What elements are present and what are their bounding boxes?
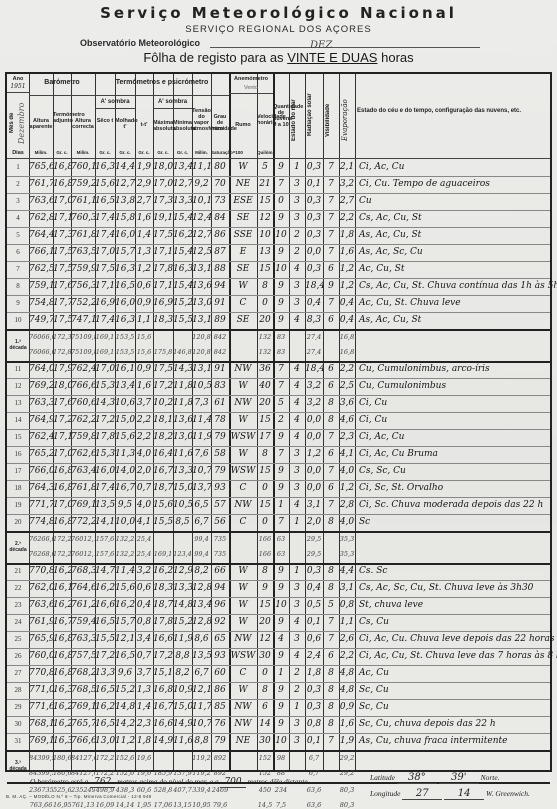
summary-baro-corr: 75109,8	[71, 345, 95, 360]
cell-sea: 4	[289, 430, 305, 445]
cell-wet: 16,3	[115, 262, 135, 277]
cell-dry: 15,3	[95, 447, 115, 462]
cell-spd: 0	[257, 481, 273, 496]
cell-dir: SE	[229, 211, 257, 226]
cell-wet: 15,7	[115, 615, 135, 630]
cell-vapor: 6,7	[192, 666, 211, 681]
table-row: 19771,7017,0769,1513,59,54,015,610,56,55…	[7, 497, 550, 514]
cell-wet: 13,8	[115, 194, 135, 209]
cell-hum: 76	[211, 717, 229, 732]
header-divider	[29, 95, 229, 96]
baro-prefix: O barómetro está a	[30, 777, 88, 786]
day-number: 31	[7, 734, 29, 749]
cell-baro-corr: 759,86	[71, 430, 95, 445]
form-model-number: B. M. AÇ. – MODÊLO N.º 8 – Tip. Minerva …	[6, 794, 151, 799]
cell-dry: 13,3	[95, 666, 115, 681]
summary-max	[153, 532, 173, 547]
cell-vapor: 7,6	[192, 447, 211, 462]
cell-baro-corr: 772,26	[71, 515, 95, 530]
register-heading: Fôlha de registo para as VINTE E DUAS ho…	[0, 50, 557, 65]
cell-hum: 60	[211, 666, 229, 681]
cell-spd: 13	[257, 245, 273, 260]
summary-cloud: 83	[273, 345, 289, 360]
summary-cloud: 83	[273, 330, 289, 345]
cell-diff: 4,0	[135, 498, 153, 513]
cell-wet: 16,3	[115, 313, 135, 328]
cell-sea: 3	[289, 296, 305, 311]
cell-dry: 17,8	[95, 430, 115, 445]
speed-header: Velocidade horária	[257, 114, 273, 126]
summary-baro-corr: 76012,1	[71, 547, 95, 562]
day-number: 22	[7, 581, 29, 596]
cell-evap: 4,1	[339, 447, 355, 462]
cell-dir: NW	[229, 498, 257, 513]
cell-diff: 3,7	[135, 396, 153, 411]
summary-dry: 172,2	[95, 751, 115, 766]
cell-baro-app: 765,90	[29, 632, 53, 647]
cell-min: 15,0	[173, 481, 192, 496]
cell-wet: 13,4	[115, 379, 135, 394]
cell-vapor: 11,4	[192, 413, 211, 428]
summary-block: 1.ª década76066,0172,375109,8169,1153,51…	[7, 329, 550, 361]
cell-min: 15,4	[173, 279, 192, 294]
cell-baro-t: 18,0	[53, 379, 71, 394]
cell-sea: 2	[289, 683, 305, 698]
cell-diff: 2,9	[135, 177, 153, 192]
cell-sea: 1	[289, 700, 305, 715]
summary-baro-t: 180,6	[53, 751, 71, 766]
cell-dry: 17,2	[95, 649, 115, 664]
summary-wet: 14,14	[115, 798, 135, 809]
cell-spd: 8	[257, 279, 273, 294]
cell-hum: 93	[211, 649, 229, 664]
cell-solar: 0,1	[305, 177, 323, 192]
cell-dir: NW	[229, 717, 257, 732]
latitude-minutes: 39'	[439, 772, 479, 784]
table-row: 2761,7016,8759,2015,612,72,917,012,79,27…	[7, 176, 550, 193]
summary-baro-t: 172,2	[53, 547, 71, 562]
table-row: 28771,0016,3768,5316,515,21,316,810,912,…	[7, 682, 550, 699]
cell-cloud: 2	[273, 413, 289, 428]
cell-vapor: 9,2	[192, 177, 211, 192]
unit-label: Gr. c.	[95, 150, 115, 156]
cell-max: 17,1	[153, 279, 173, 294]
summary-spd: 14,5	[257, 798, 273, 809]
cell-remark: As, Ac, Cu, St	[359, 228, 549, 243]
cell-baro-app: 771,60	[29, 700, 53, 715]
summary-hum: 842	[211, 345, 229, 360]
cell-evap: 4,4	[339, 564, 355, 579]
cell-dir: W	[229, 683, 257, 698]
cell-baro-app: 771,70	[29, 498, 53, 513]
table-row: 12769,2318,0766,6315,313,41,617,211,810,…	[7, 378, 550, 395]
cell-baro-t: 17,5	[53, 313, 71, 328]
cell-diff: 0,7	[135, 649, 153, 664]
cell-max: 17,8	[153, 615, 173, 630]
cell-max: 16,2	[153, 564, 173, 579]
cell-cloud: 9	[273, 581, 289, 596]
unit-label: Saturação=100	[211, 150, 229, 156]
baro-apparent-header: Altura aparente	[29, 118, 53, 130]
cell-vapor: 10,7	[192, 717, 211, 732]
summary-vapor: 99,4	[192, 547, 211, 562]
cell-vis: 8	[323, 717, 339, 732]
cell-baro-app: 764,90	[29, 413, 53, 428]
cell-diff: 1,9	[135, 160, 153, 175]
cell-baro-corr: 760,13	[71, 160, 95, 175]
cell-wet: 10,0	[115, 515, 135, 530]
cell-hum: 78	[211, 413, 229, 428]
cell-vapor: 12,8	[192, 581, 211, 596]
cell-cloud: 10	[273, 598, 289, 613]
table-row: 9754,8017,7752,2116,916,00,916,915,213,0…	[7, 295, 550, 312]
day-number: 18	[7, 481, 29, 496]
cell-min: 11,8	[173, 379, 192, 394]
cell-min: 12,7	[173, 177, 192, 192]
cell-diff: 1,2	[135, 262, 153, 277]
cell-min: 10,5	[173, 498, 192, 513]
cell-baro-app: 761,90	[29, 615, 53, 630]
cell-vis: 8	[323, 413, 339, 428]
cell-cloud: 9	[273, 430, 289, 445]
cell-remark: Cs, Sc, Cu	[359, 464, 549, 479]
cell-solar: 0,3	[305, 194, 323, 209]
cell-dry: 14,1	[95, 515, 115, 530]
cell-remark: Sc, Cu	[359, 700, 549, 715]
unit-label: Milím.	[71, 150, 95, 156]
cell-evap: 1,8	[339, 228, 355, 243]
cell-solar: 18,4	[305, 279, 323, 294]
cell-hum: 85	[211, 700, 229, 715]
cell-cloud: 7	[273, 379, 289, 394]
cell-baro-app: 762,85	[29, 211, 53, 226]
cell-remark: Ci, Cu	[359, 413, 549, 428]
cell-cloud: 10	[273, 228, 289, 243]
cell-hum: 70	[211, 177, 229, 192]
cell-sea: 3	[289, 211, 305, 226]
summary-diff: 19,6	[135, 751, 153, 766]
cell-diff: 0,6	[135, 279, 153, 294]
cell-max: 17,5	[153, 362, 173, 377]
cell-max: 16,7	[153, 700, 173, 715]
remarks-header: Estado do céu e do tempo, configuração d…	[357, 108, 549, 114]
cell-diff: 3,7	[135, 666, 153, 681]
day-number: 12	[7, 379, 29, 394]
cell-baro-corr: 763,38	[71, 632, 95, 647]
cell-max: 16,7	[153, 464, 173, 479]
cell-remark: Ac, Cu, St. Chuva leve	[359, 296, 549, 311]
cell-evap: 1,6	[339, 245, 355, 260]
cell-sea: 4	[289, 362, 305, 377]
cell-wet: 12,7	[115, 177, 135, 192]
summary-hum: 79,6	[211, 798, 229, 809]
summary-spd: 132	[257, 345, 273, 360]
cell-baro-app: 764,00	[29, 362, 53, 377]
day-number: 9	[7, 296, 29, 311]
humidity-header: Grau de humidade	[211, 114, 229, 132]
summary-baro-corr: 84127,6	[71, 751, 95, 766]
summary-diff: 15,6	[135, 330, 153, 345]
cell-vapor: 13,1	[192, 362, 211, 377]
cell-vis: 8	[323, 683, 339, 698]
latitude-direction: Norte.	[481, 773, 500, 782]
cell-diff: 4,1	[135, 515, 153, 530]
cell-min: 13,6	[173, 413, 192, 428]
cell-remark: Ci, Sc. Chuva moderada depois das 22 h	[359, 498, 549, 513]
table-row: 3763,6017,0761,1116,513,82,717,313,310,1…	[7, 193, 550, 210]
cell-hum: 89	[211, 313, 229, 328]
cell-solar: 3,1	[305, 498, 323, 513]
cell-vis: 5	[323, 598, 339, 613]
longitude-direction: W. Greenwich.	[486, 789, 530, 798]
table-row: 22762,0516,1764,6216,215,60,618,313,312,…	[7, 580, 550, 597]
cell-sea: 4	[289, 396, 305, 411]
summary-evap: 16,8	[339, 345, 355, 360]
cell-vis: 7	[323, 430, 339, 445]
cell-dir: W	[229, 379, 257, 394]
summary-diff: 25,4	[135, 532, 153, 547]
year-label: Ano	[7, 76, 29, 82]
header-divider	[7, 92, 29, 93]
cell-max: 17,2	[153, 649, 173, 664]
cell-dir: SSE	[229, 228, 257, 243]
cell-dir: W	[229, 279, 257, 294]
cell-baro-corr: 766,63	[71, 379, 95, 394]
cell-sea: 3	[289, 279, 305, 294]
cell-baro-corr: 762,41	[71, 362, 95, 377]
cell-diff: 1,1	[135, 313, 153, 328]
cell-spd: 20	[257, 396, 273, 411]
register-prefix: Fôlha de registo para as	[143, 50, 283, 65]
summary-wet: 152,6	[115, 751, 135, 766]
summary-solar: 63,6	[305, 798, 323, 809]
cell-diff: 0,6	[135, 581, 153, 596]
cell-min: 11,6	[173, 734, 192, 749]
cell-remark: Cu, Cumulonimbus	[359, 379, 549, 394]
cell-diff: 0,7	[135, 481, 153, 496]
cell-dir: NE	[229, 177, 257, 192]
cell-min: 8,2	[173, 666, 192, 681]
thermometer-group-header: Termómetros e psicrómetro	[95, 80, 229, 86]
cell-baro-corr: 763,50	[71, 245, 95, 260]
cell-baro-app: 761,70	[29, 177, 53, 192]
cell-min: 8,5	[173, 515, 192, 530]
unit-label: Quilóm.	[257, 150, 273, 156]
cell-remark: Ci, Sc, St. Orvalho	[359, 481, 549, 496]
cell-vapor: 13,4	[192, 598, 211, 613]
cell-wet: 15,8	[115, 211, 135, 226]
cell-vis: 7	[323, 464, 339, 479]
summary-dry: 157,6	[95, 532, 115, 547]
cell-solar: 18,4	[305, 362, 323, 377]
cell-min: 11,6	[173, 447, 192, 462]
cell-baro-t: 16,3	[53, 683, 71, 698]
cell-vis: 6	[323, 379, 339, 394]
table-row: 5764,4017,3761,8217,416,01,417,516,212,7…	[7, 227, 550, 244]
cell-sea: 3	[289, 598, 305, 613]
cloud-header: Quantidade de nuvens 0 a 10	[273, 104, 289, 128]
cell-sea: 1	[289, 564, 305, 579]
cell-vis: 7	[323, 615, 339, 630]
cell-dry: 14,7	[95, 564, 115, 579]
cell-spd: 21	[257, 177, 273, 192]
cell-sea: 4	[289, 649, 305, 664]
cell-max: 10,2	[153, 396, 173, 411]
cell-hum: 86	[211, 228, 229, 243]
cell-cloud: 9	[273, 279, 289, 294]
min-header: Mínima absoluta	[173, 120, 192, 132]
summary-solar: 27,4	[305, 330, 323, 345]
cell-solar: 0,3	[305, 160, 323, 175]
table-row: 20774,8016,8772,2614,110,04,115,58,56,75…	[7, 514, 550, 531]
cell-spd: 8	[257, 564, 273, 579]
day-number: 19	[7, 498, 29, 513]
summary-baro-app: 76066,0	[29, 330, 53, 345]
cell-baro-corr: 763,48	[71, 464, 95, 479]
cell-wet: 14,0	[115, 464, 135, 479]
cell-min: 14,3	[173, 362, 192, 377]
cell-diff: 1,6	[135, 211, 153, 226]
summary-min	[173, 751, 192, 766]
cell-dry: 16,9	[95, 296, 115, 311]
cell-sea: 4	[289, 262, 305, 277]
cell-max: 15,5	[153, 515, 173, 530]
cell-diff: 1,3	[135, 245, 153, 260]
cell-spd: 15	[257, 413, 273, 428]
cell-dir: W	[229, 564, 257, 579]
cell-cloud: 9	[273, 296, 289, 311]
summary-evap: 35,3	[339, 547, 355, 562]
cell-spd: 12	[257, 211, 273, 226]
cell-vapor: 13,1	[192, 262, 211, 277]
cell-spd: 15	[257, 464, 273, 479]
cell-remark: Cs, Ac, Cu, St	[359, 211, 549, 226]
cell-solar: 3,2	[305, 396, 323, 411]
day-number: 27	[7, 666, 29, 681]
cell-solar: 2,4	[305, 649, 323, 664]
cell-min: 14,9	[173, 717, 192, 732]
cell-spd: 9	[257, 581, 273, 596]
cell-evap: 3,6	[339, 396, 355, 411]
cell-diff: 0,9	[135, 296, 153, 311]
cell-cloud: 1	[273, 666, 289, 681]
cell-baro-t: 17,0	[53, 447, 71, 462]
summary-min	[173, 532, 192, 547]
cell-vis: 7	[323, 160, 339, 175]
cell-hum: 79	[211, 464, 229, 479]
summary-cloud: 63	[273, 547, 289, 562]
cell-wet: 15,6	[115, 581, 135, 596]
day-number: 23	[7, 598, 29, 613]
cell-baro-corr: 747,16	[71, 313, 95, 328]
table-row: 30768,1516,2765,7016,514,22,316,614,910,…	[7, 716, 550, 733]
cell-min: 13,3	[173, 581, 192, 596]
observatory-field-line	[210, 47, 480, 48]
register-sheet: Serviço Meteorológico Nacional SERVIÇO R…	[0, 0, 557, 809]
cell-cloud: 9	[273, 564, 289, 579]
summary-cloud: 98	[273, 751, 289, 766]
cell-dir: W	[229, 413, 257, 428]
cell-vis: 7	[323, 211, 339, 226]
cell-spd: 40	[257, 379, 273, 394]
cell-spd: 5	[257, 160, 273, 175]
cell-diff: 2,2	[135, 430, 153, 445]
summary-max	[153, 330, 173, 345]
cell-baro-t: 17,5	[53, 262, 71, 277]
table-row: 23763,6516,2761,2116,616,20,418,714,813,…	[7, 597, 550, 614]
day-number: 30	[7, 717, 29, 732]
cell-min: 15,4	[173, 211, 192, 226]
cell-max: 18,0	[153, 160, 173, 175]
cell-min: 15,2	[173, 615, 192, 630]
cell-vapor: 10,7	[192, 464, 211, 479]
cell-dir: SE	[229, 262, 257, 277]
table-row: 26760,0016,8757,5017,216,50,717,28,813,5…	[7, 648, 550, 665]
cell-wet: 12,1	[115, 632, 135, 647]
cell-baro-t: 16,8	[53, 666, 71, 681]
cell-baro-t: 17,3	[53, 228, 71, 243]
summary-spd: 166	[257, 547, 273, 562]
cell-vapor: 8,2	[192, 564, 211, 579]
cell-dry: 17,0	[95, 362, 115, 377]
cell-min: 13,0	[173, 430, 192, 445]
cell-solar: 0,0	[305, 413, 323, 428]
cell-spd: 10	[257, 228, 273, 243]
cell-dry: 13,0	[95, 734, 115, 749]
summary-block: 2.ª década76266,0172,276012,1157,6132,22…	[7, 531, 550, 563]
cell-remark: Sc, Cu	[359, 683, 549, 698]
cell-spd: 20	[257, 615, 273, 630]
solar-header: Radiação solar	[307, 84, 321, 146]
cell-baro-app: 769,10	[29, 734, 53, 749]
cell-evap: 3,2	[339, 177, 355, 192]
summary-baro-corr: 75109,8	[71, 330, 95, 345]
cell-spd: 15	[257, 598, 273, 613]
cell-cloud: 9	[273, 160, 289, 175]
table-row: 29771,6016,2769,1516,214,81,416,715,011,…	[7, 699, 550, 716]
cell-cloud: 9	[273, 313, 289, 328]
cell-baro-corr: 762,66	[71, 447, 95, 462]
cell-baro-app: 763,30	[29, 396, 53, 411]
cell-dir: W	[229, 160, 257, 175]
cell-remark: Ac, Cu, St	[359, 262, 549, 277]
visibility-header: Visibilidade	[325, 94, 337, 146]
table-row: 21770,8016,2768,3514,711,43,216,212,98,2…	[7, 563, 550, 580]
baro-mid: metros acima do nível do mar, e a	[117, 777, 218, 786]
cell-vapor: 12,8	[192, 615, 211, 630]
table-row: 10749,7017,5747,1617,416,31,118,315,513,…	[7, 312, 550, 329]
summary-min: 146,8	[173, 345, 192, 360]
summary-cloud: 7,5	[273, 798, 289, 809]
cell-sea: 3	[289, 177, 305, 192]
cell-dry: 17,1	[95, 279, 115, 294]
cell-evap: 1,1	[339, 615, 355, 630]
cell-evap: 1,2	[339, 279, 355, 294]
cell-remark: Cs. Sc	[359, 564, 549, 579]
cell-cloud: 9	[273, 211, 289, 226]
cell-max: 17,8	[153, 262, 173, 277]
cell-hum: 73	[211, 194, 229, 209]
summary-evap: 29,2	[339, 766, 355, 781]
cell-wet: 15,2	[115, 683, 135, 698]
baro-suffix: metros dêle distante.	[248, 777, 310, 786]
day-number: 17	[7, 464, 29, 479]
cell-hum: 88	[211, 262, 229, 277]
summary-max: 175,8	[153, 345, 173, 360]
cell-vapor: 6,5	[192, 498, 211, 513]
cell-vis: 6	[323, 362, 339, 377]
vapor-header: Tensão do vapor atmosférico	[192, 108, 211, 132]
